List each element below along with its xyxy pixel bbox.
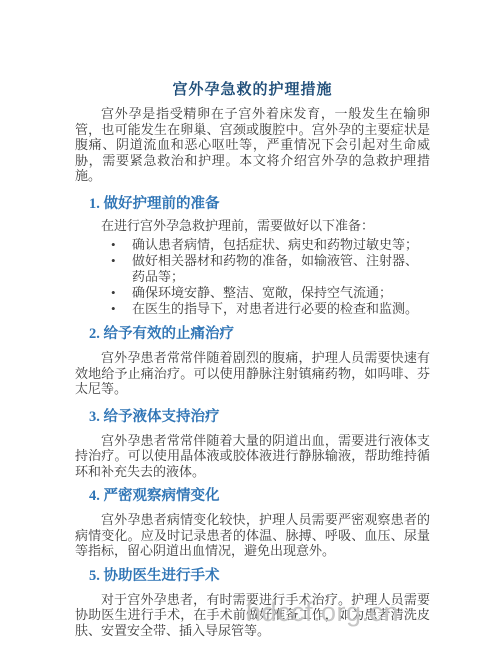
intro-paragraph: 宫外孕是指受精卵在子宫外着床发育，一般发生在输卵管，也可能发生在卵巢、宫颈或腹腔…	[75, 106, 430, 184]
preparation-bullet-list: 确认患者病情，包括症状、病史和药物过敏史等； 做好相关器材和药物的准备，如输液管…	[75, 237, 430, 317]
section-heading-3: 3. 给予液体支持治疗	[75, 407, 430, 427]
list-item: 确保环境安静、整洁、宽敞，保持空气流通；	[75, 285, 430, 301]
section-heading-4: 4. 严密观察病情变化	[75, 486, 430, 506]
site-watermark: hdccf.org.cn	[246, 596, 399, 628]
list-item: 在医生的指导下，对患者进行必要的检查和监测。	[75, 301, 430, 317]
section-3-paragraph: 宫外孕患者常常伴随着大量的阴道出血，需要进行液体支持治疗。可以使用晶体液或胶体液…	[75, 433, 430, 480]
document-page: 宫外孕急救的护理措施 宫外孕是指受精卵在子宫外着床发育，一般发生在输卵管，也可能…	[0, 0, 500, 647]
section-heading-5: 5. 协助医生进行手术	[75, 566, 430, 586]
section-heading-1: 1. 做好护理前的准备	[75, 194, 430, 214]
section-1-lead: 在进行宫外孕急救护理前，需要做好以下准备：	[75, 218, 430, 234]
section-2-paragraph: 宫外孕患者常常伴随着剧烈的腹痛，护理人员需要快速有效地给予止痛治疗。可以使用静脉…	[75, 350, 430, 397]
list-item: 确认患者病情，包括症状、病史和药物过敏史等；	[75, 237, 430, 253]
section-4-paragraph: 宫外孕患者病情变化较快，护理人员需要严密观察患者的病情变化。应及时记录患者的体温…	[75, 512, 430, 559]
document-content: 宫外孕急救的护理措施 宫外孕是指受精卵在子宫外着床发育，一般发生在输卵管，也可能…	[0, 0, 500, 638]
section-heading-2: 2. 给予有效的止痛治疗	[75, 324, 430, 344]
list-item: 做好相关器材和药物的准备，如输液管、注射器、药品等；	[75, 253, 430, 285]
page-title: 宫外孕急救的护理措施	[75, 80, 430, 100]
